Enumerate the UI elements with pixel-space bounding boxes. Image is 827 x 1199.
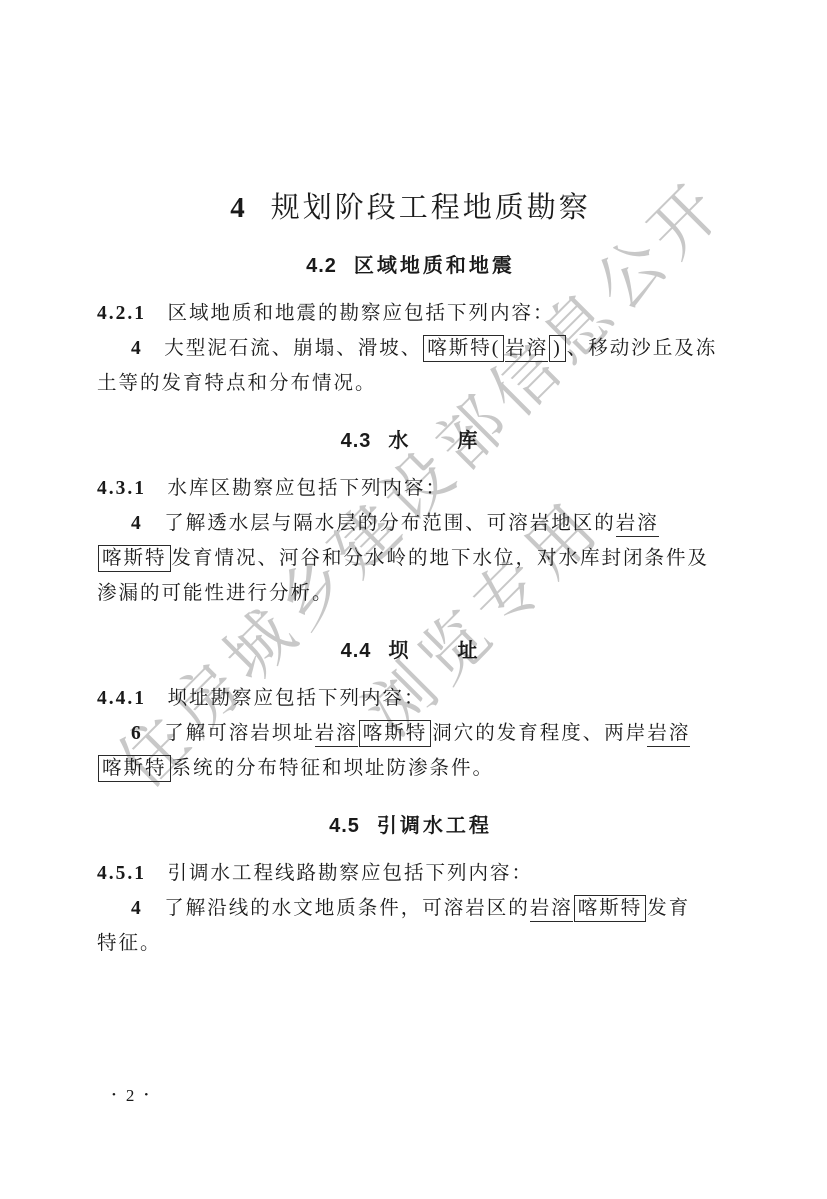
clause-number: 4.3.1 (97, 478, 146, 499)
deleted-text: 喀斯特 (574, 895, 647, 922)
deleted-text: 喀斯特 (98, 755, 171, 782)
paragraph: 4 了解沿线的水文地质条件，可溶岩区的岩溶喀斯特发育特征。 (97, 891, 724, 961)
paragraph: 4 了解透水层与隔水层的分布范围、可溶岩地区的岩溶喀斯特发育情况、河谷和分水岭的… (97, 506, 724, 611)
text-line: 特征。 (97, 926, 724, 961)
section-heading-4.3: 4.3水 库 (97, 429, 724, 453)
text-run: 系统的分布特征和坝址防渗条件。 (172, 758, 495, 779)
clause-number: 4.2.1 (97, 303, 146, 324)
text-run: 发育情况、河谷和分水岭的地下水位，对水库封闭条件及 (172, 548, 710, 569)
paragraph: 4 大型泥石流、崩塌、滑坡、喀斯特(岩溶)、移动沙丘及冻土等的发育特点和分布情况… (97, 331, 724, 401)
section-number: 4.2 (306, 255, 337, 277)
clause-number: 4 (131, 338, 143, 359)
footer-right-dot: • (144, 1089, 148, 1101)
clause-number: 4.5.1 (97, 863, 146, 884)
page-number: 2 (126, 1086, 135, 1105)
text-line: 6 了解可溶岩坝址岩溶喀斯特洞穴的发育程度、两岸岩溶 (97, 716, 724, 751)
text-line: 喀斯特发育情况、河谷和分水岭的地下水位，对水库封闭条件及 (97, 541, 724, 576)
text-run: 渗漏的可能性进行分析。 (97, 583, 334, 604)
text-line: 渗漏的可能性进行分析。 (97, 576, 724, 611)
text-line: 4 了解透水层与隔水层的分布范围、可溶岩地区的岩溶 (97, 506, 724, 541)
section-title: 区域地质和地震 (354, 255, 515, 277)
text-run: 区域地质和地震的勘察应包括下列内容： (146, 303, 555, 324)
section-number: 4.5 (329, 815, 360, 837)
deleted-text: 喀斯特 (98, 545, 171, 572)
section-title: 水 库 (388, 430, 480, 452)
section-title: 坝 址 (388, 640, 480, 662)
text-line: 喀斯特系统的分布特征和坝址防渗条件。 (97, 751, 724, 786)
document-page: 住房城乡建设部信息公开 浏览专用 4规划阶段工程地质勘察 4.2区域地质和地震4… (0, 0, 827, 1199)
text-run: 大型泥石流、崩塌、滑坡、 (143, 338, 423, 359)
text-run: 了解可溶岩坝址 (143, 723, 315, 744)
text-line: 4.3.1 水库区勘察应包括下列内容： (97, 471, 724, 506)
clause-number: 4.4.1 (97, 688, 146, 709)
deleted-text: 喀斯特 (359, 720, 432, 747)
inserted-text: 岩溶 (505, 338, 548, 362)
text-run: 、移动沙丘及冻 (567, 338, 718, 359)
clause-number: 6 (131, 723, 143, 744)
section-number: 4.4 (341, 640, 372, 662)
paragraph: 4.2.1 区域地质和地震的勘察应包括下列内容： (97, 296, 724, 331)
paragraph: 4.3.1 水库区勘察应包括下列内容： (97, 471, 724, 506)
text-run: 坝址勘察应包括下列内容： (146, 688, 426, 709)
clause-number: 4 (131, 513, 143, 534)
inserted-text: 岩溶 (616, 513, 659, 537)
section-number: 4.3 (341, 430, 372, 452)
text-run: 水库区勘察应包括下列内容： (146, 478, 447, 499)
inserted-text: 岩溶 (315, 723, 358, 747)
page-footer: •2• (112, 1086, 148, 1106)
deleted-text: 喀斯特( (423, 335, 504, 362)
chapter-number: 4 (230, 192, 245, 224)
chapter-title-text: 规划阶段工程地质勘察 (271, 192, 591, 224)
text-line: 4.5.1 引调水工程线路勘察应包括下列内容： (97, 856, 724, 891)
deleted-text: ) (549, 335, 566, 362)
section-title: 引调水工程 (377, 815, 492, 837)
text-line: 4 了解沿线的水文地质条件，可溶岩区的岩溶喀斯特发育 (97, 891, 724, 926)
text-run: 土等的发育特点和分布情况。 (97, 373, 377, 394)
clause-number: 4 (131, 898, 143, 919)
text-run: 了解透水层与隔水层的分布范围、可溶岩地区的 (143, 513, 616, 534)
text-run: 发育 (647, 898, 690, 919)
text-line: 土等的发育特点和分布情况。 (97, 366, 724, 401)
text-line: 4.4.1 坝址勘察应包括下列内容： (97, 681, 724, 716)
chapter-title: 4规划阶段工程地质勘察 (97, 191, 724, 226)
paragraph: 4.4.1 坝址勘察应包括下列内容： (97, 681, 724, 716)
text-run: 特征。 (97, 933, 162, 954)
inserted-text: 岩溶 (530, 898, 573, 922)
text-line: 4.2.1 区域地质和地震的勘察应包括下列内容： (97, 296, 724, 331)
inserted-text: 岩溶 (647, 723, 690, 747)
section-heading-4.5: 4.5引调水工程 (97, 814, 724, 838)
section-heading-4.4: 4.4坝 址 (97, 639, 724, 663)
text-line: 4 大型泥石流、崩塌、滑坡、喀斯特(岩溶)、移动沙丘及冻 (97, 331, 724, 366)
text-run: 引调水工程线路勘察应包括下列内容： (146, 863, 533, 884)
section-heading-4.2: 4.2区域地质和地震 (97, 254, 724, 278)
text-run: 了解沿线的水文地质条件，可溶岩区的 (143, 898, 530, 919)
text-run: 洞穴的发育程度、两岸 (432, 723, 647, 744)
paragraph: 6 了解可溶岩坝址岩溶喀斯特洞穴的发育程度、两岸岩溶喀斯特系统的分布特征和坝址防… (97, 716, 724, 786)
footer-left-dot: • (112, 1089, 116, 1101)
document-content: 4规划阶段工程地质勘察 4.2区域地质和地震4.2.1 区域地质和地震的勘察应包… (0, 191, 827, 961)
paragraph: 4.5.1 引调水工程线路勘察应包括下列内容： (97, 856, 724, 891)
sections-container: 4.2区域地质和地震4.2.1 区域地质和地震的勘察应包括下列内容：4 大型泥石… (97, 254, 724, 961)
